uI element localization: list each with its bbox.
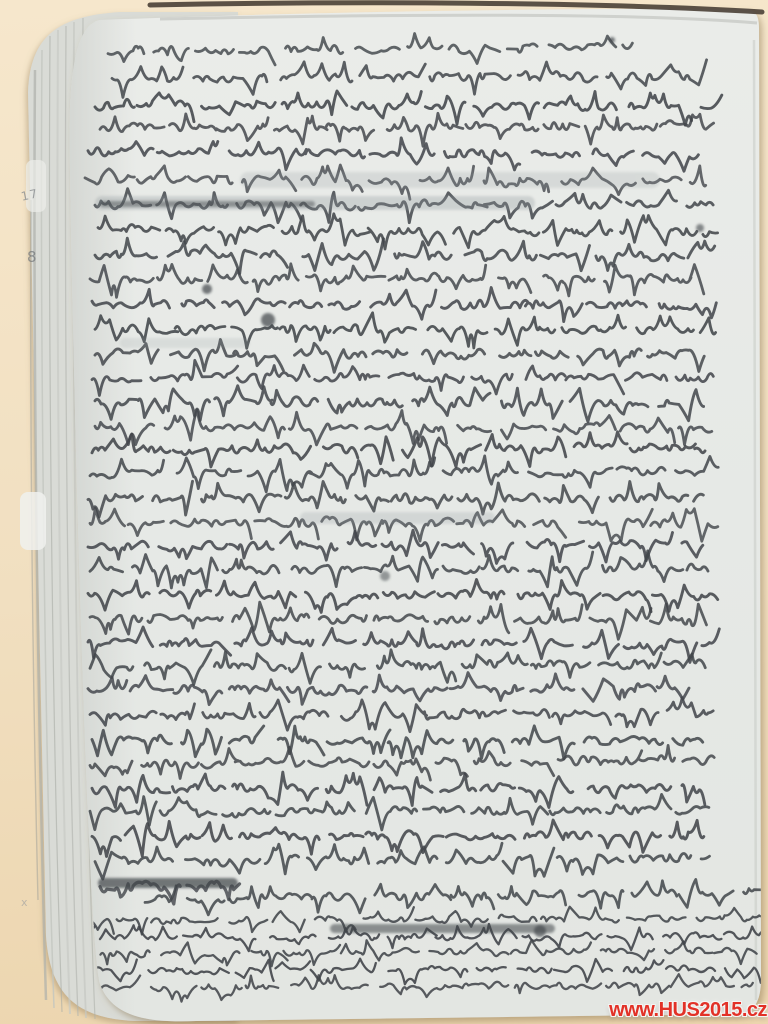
ink-blot <box>609 37 615 43</box>
watermark-hus2015: www.HUS2015.cz <box>609 999 767 1022</box>
manuscript-photo: 17 8 x www.HUS2015.cz <box>0 0 768 1024</box>
ink-blot <box>534 925 546 937</box>
edge-numeral-8: 8 <box>27 248 37 266</box>
ink-blot <box>202 284 212 294</box>
page-canvas <box>0 0 768 1024</box>
ink-blot <box>696 224 704 232</box>
ink-smear <box>120 338 250 348</box>
edge-light-patch <box>20 492 46 550</box>
strikethrough-mark <box>98 878 238 888</box>
ink-blot <box>261 313 275 327</box>
strikethrough-mark <box>100 201 315 207</box>
ink-smear <box>300 512 495 524</box>
ink-blot <box>380 571 390 581</box>
strikethrough-mark <box>330 924 555 933</box>
ink-smear <box>240 172 660 188</box>
edge-mark-x: x <box>21 896 28 909</box>
